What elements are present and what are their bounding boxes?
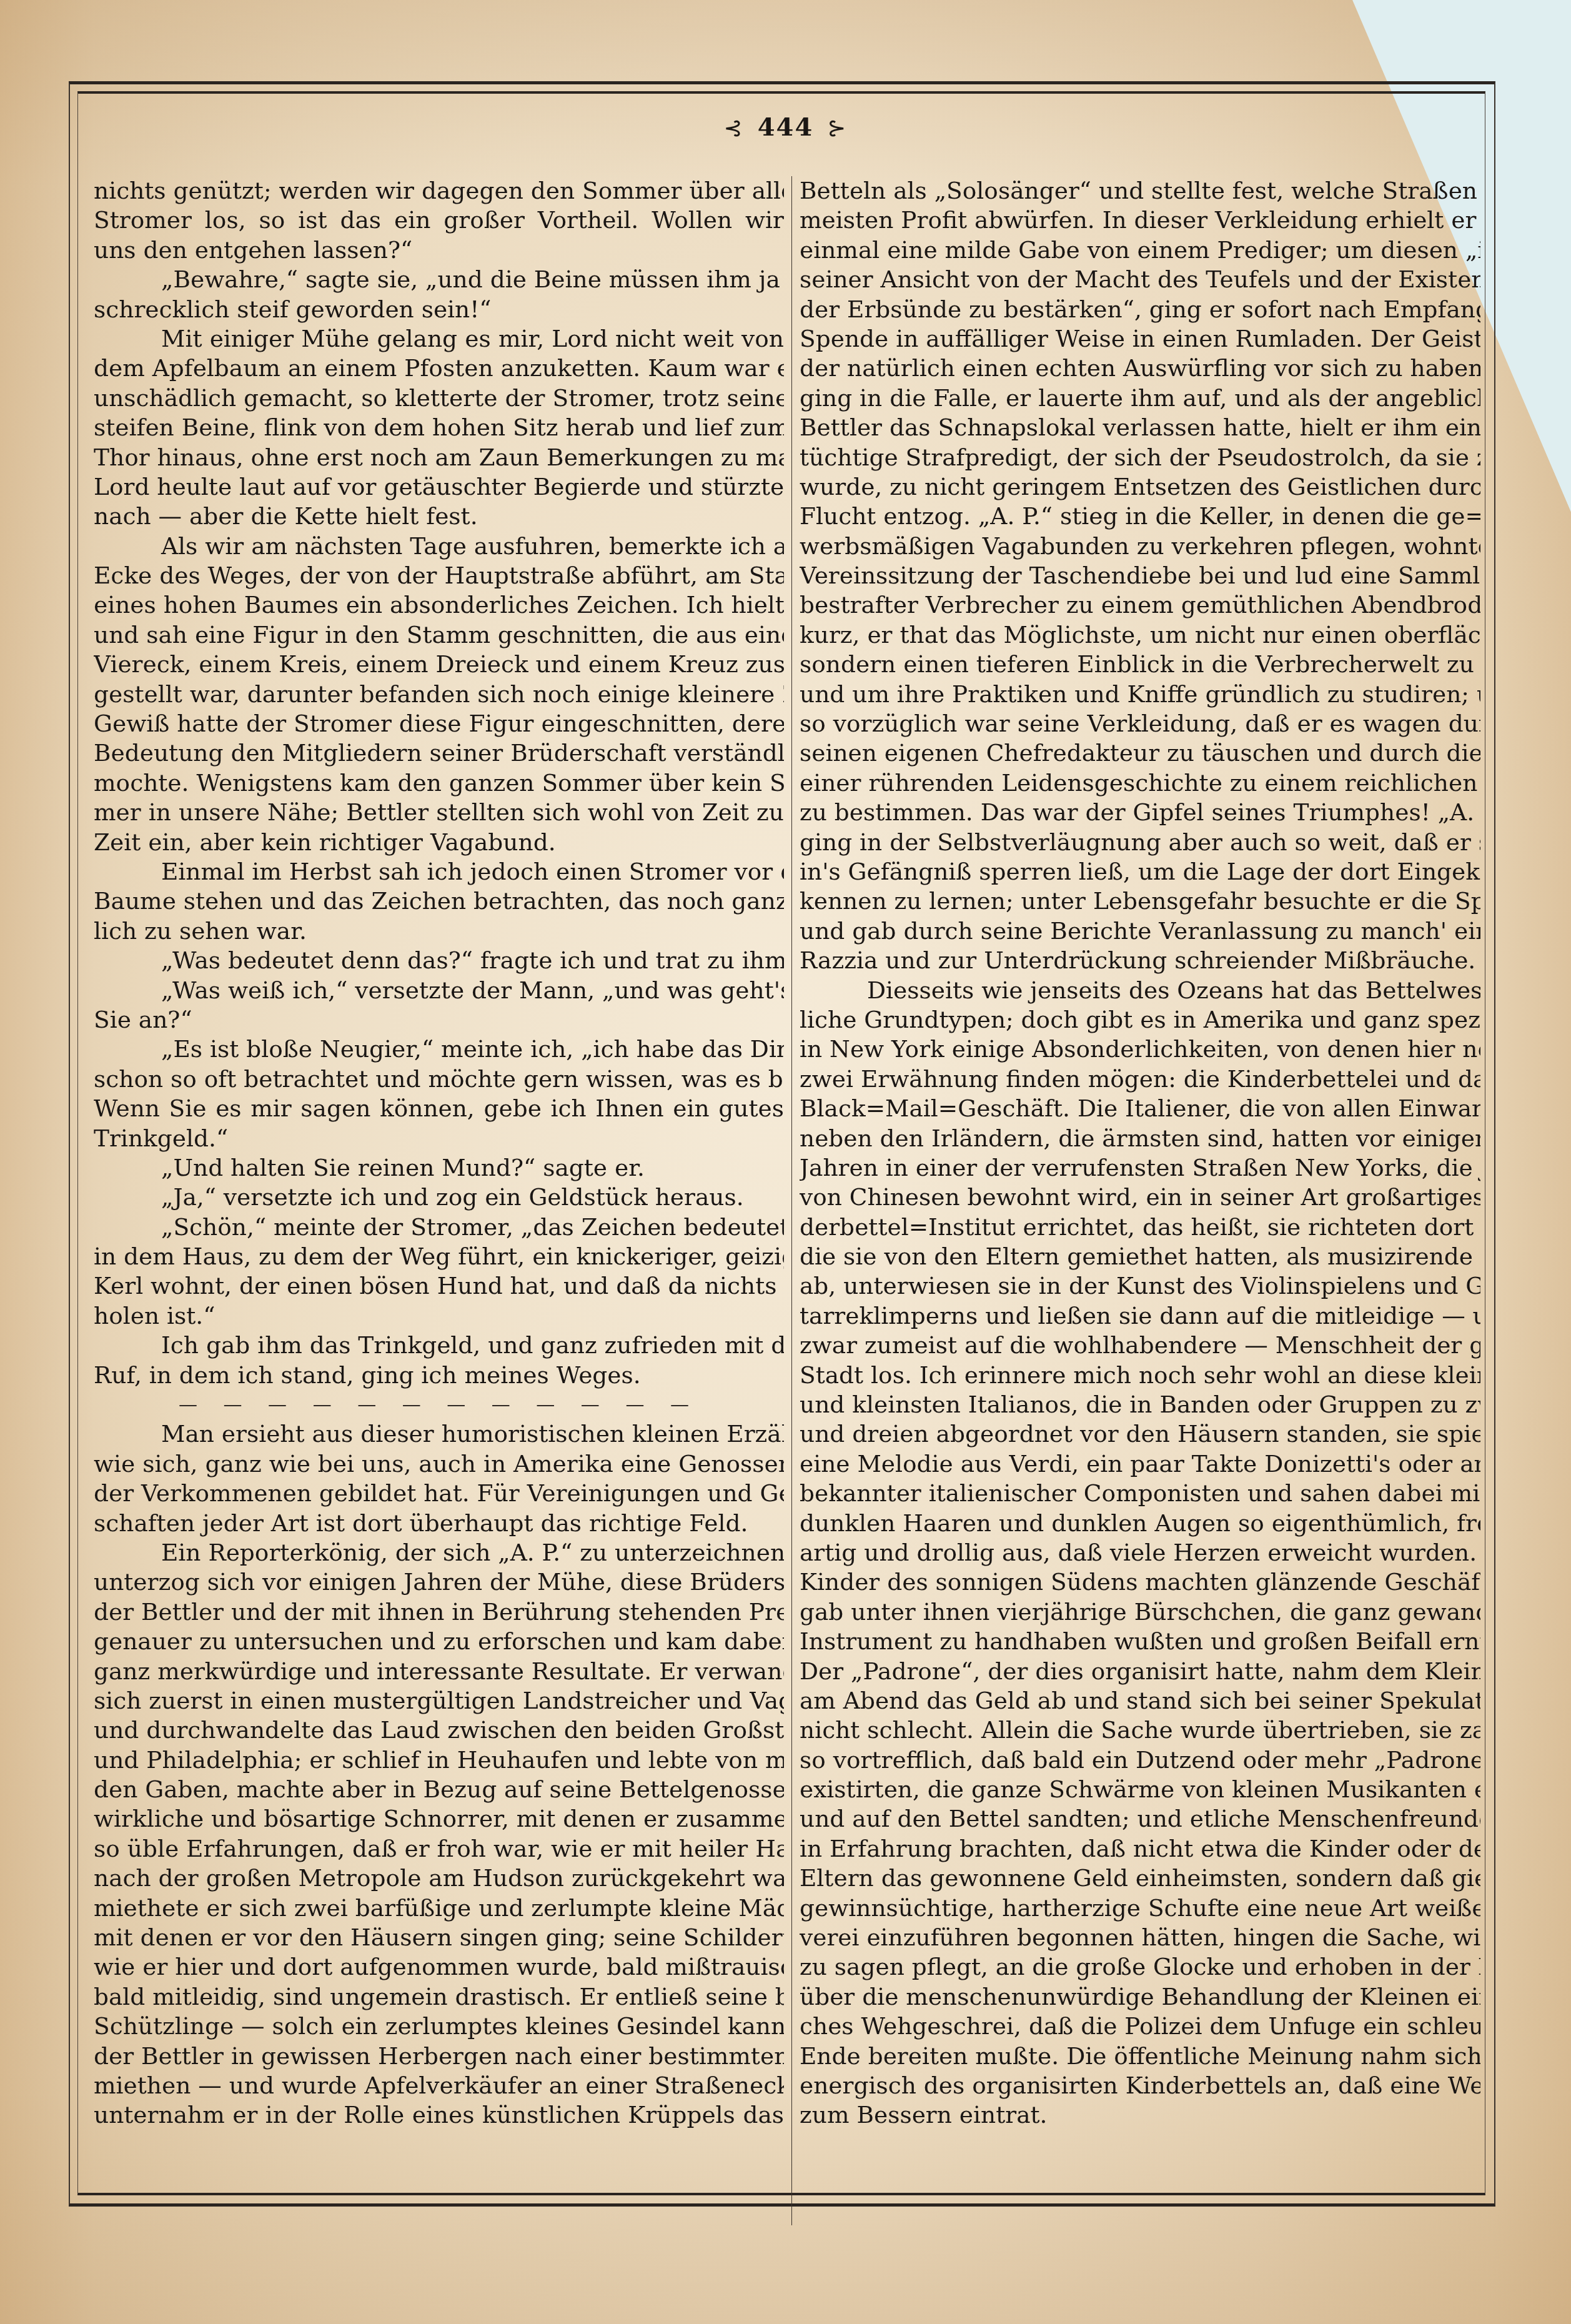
- text-line: steifen Beine, flink von dem hohen Sitz …: [94, 413, 784, 442]
- text-line: der Bettler in gewissen Herbergen nach e…: [94, 2042, 784, 2071]
- text-line: tüchtige Strafpredigt, der sich der Pseu…: [800, 443, 1480, 472]
- text-line: Eltern das gewonnene Geld einheimsten, s…: [800, 1864, 1480, 1893]
- text-line: Bedeutung den Mitgliedern seiner Brüders…: [94, 738, 784, 768]
- text-line: seinen eigenen Chefredakteur zu täuschen…: [800, 738, 1480, 768]
- text-line: unterzog sich vor einigen Jahren der Müh…: [94, 1567, 784, 1597]
- text-line: und dreien abgeordnet vor den Häusern st…: [800, 1419, 1480, 1449]
- text-line: und Philadelphia; er schlief in Heuhaufe…: [94, 1745, 784, 1775]
- text-line: Gewiß hatte der Stromer diese Figur eing…: [94, 709, 784, 738]
- text-line: kennen zu lernen; unter Lebensgefahr bes…: [800, 886, 1480, 916]
- text-line: dem Apfelbaum an einem Pfosten anzukette…: [94, 354, 784, 383]
- text-line: tarreklimperns und ließen sie dann auf d…: [800, 1301, 1480, 1331]
- text-line: am Abend das Geld ab und stand sich bei …: [800, 1686, 1480, 1716]
- text-line: Diesseits wie jenseits des Ozeans hat da…: [800, 976, 1480, 1005]
- page-number: 444: [758, 112, 814, 142]
- text-line: holen ist.“: [94, 1301, 784, 1331]
- text-line: nach der großen Metropole am Hudson zurü…: [94, 1864, 784, 1893]
- text-line: die sie von den Eltern gemiethet hatten,…: [800, 1242, 1480, 1271]
- text-line: bekannter italienischer Componisten und …: [800, 1479, 1480, 1508]
- text-line: ganz merkwürdige und interessante Result…: [94, 1657, 784, 1686]
- text-line: energisch des organisirten Kinderbettels…: [800, 2071, 1480, 2100]
- text-line: lich zu sehen war.: [94, 916, 784, 946]
- text-line: der Verkommenen gebildet hat. Für Verein…: [94, 1479, 784, 1508]
- text-line: „Was bedeutet denn das?“ fragte ich und …: [94, 946, 784, 975]
- text-line: Viereck, einem Kreis, einem Dreieck und …: [94, 650, 784, 679]
- text-line: verei einzuführen begonnen hätten, hinge…: [800, 1923, 1480, 1952]
- text-line: nach — aber die Kette hielt fest.: [94, 502, 784, 531]
- text-line: der Bettler und der mit ihnen in Berühru…: [94, 1597, 784, 1627]
- text-line: schaften jeder Art ist dort überhaupt da…: [94, 1509, 784, 1538]
- text-line: Instrument zu handhaben wußten und große…: [800, 1627, 1480, 1656]
- text-line: gab unter ihnen vierjährige Bürschchen, …: [800, 1597, 1480, 1627]
- text-line: Stadt los. Ich erinnere mich noch sehr w…: [800, 1361, 1480, 1390]
- text-line: ches Wehgeschrei, daß die Polizei dem Un…: [800, 2012, 1480, 2041]
- text-line: Man ersieht aus dieser humoristischen kl…: [94, 1419, 784, 1449]
- text-line: Razzia und zur Unterdrückung schreiender…: [800, 946, 1480, 975]
- text-line: Sie an?“: [94, 1005, 784, 1035]
- text-line: mit denen er vor den Häusern singen ging…: [94, 1923, 784, 1952]
- text-line: Kerl wohnt, der einen bösen Hund hat, un…: [94, 1271, 784, 1301]
- text-line: ab, unterwiesen sie in der Kunst des Vio…: [800, 1271, 1480, 1301]
- text-line: bald mitleidig, sind ungemein drastisch.…: [94, 1982, 784, 2012]
- text-line: und auf den Bettel sandten; und etliche …: [800, 1804, 1480, 1834]
- text-line: in New York einige Absonderlichkeiten, v…: [800, 1035, 1480, 1064]
- text-line: Flucht entzog. „A. P.“ stieg in die Kell…: [800, 502, 1480, 531]
- text-line: den Gaben, machte aber in Bezug auf sein…: [94, 1775, 784, 1804]
- text-line: Ende bereiten mußte. Die öffentliche Mei…: [800, 2042, 1480, 2071]
- text-line: miethete er sich zwei barfüßige und zerl…: [94, 1894, 784, 1923]
- text-line: artig und drollig aus, daß viele Herzen …: [800, 1538, 1480, 1567]
- text-line: so vorzüglich war seine Verkleidung, daß…: [800, 709, 1480, 738]
- text-line: einmal eine milde Gabe von einem Predige…: [800, 236, 1480, 265]
- text-line: zu sagen pflegt, an die große Glocke und…: [800, 1952, 1480, 1982]
- text-line: „Und halten Sie reinen Mund?“ sagte er.: [94, 1153, 784, 1183]
- text-line: werbsmäßigen Vagabunden zu verkehren pfl…: [800, 532, 1480, 561]
- text-line: sich zuerst in einen mustergültigen Land…: [94, 1686, 784, 1716]
- text-line: der Erbsünde zu bestärken“, ging er sofo…: [800, 295, 1480, 324]
- page-header: ⊰444⊱: [0, 112, 1571, 142]
- text-line: unternahm er in der Rolle eines künstlic…: [94, 2100, 784, 2130]
- text-line: gestellt war, darunter befanden sich noc…: [94, 680, 784, 709]
- text-line: „Ja,“ versetzte ich und zog ein Geldstüc…: [94, 1183, 784, 1212]
- column-divider: [791, 176, 792, 2225]
- text-line: Lord heulte laut auf vor getäuschter Beg…: [94, 472, 784, 502]
- text-line: Einmal im Herbst sah ich jedoch einen St…: [94, 857, 784, 886]
- text-line: Ruf, in dem ich stand, ging ich meines W…: [94, 1361, 784, 1390]
- text-line: Ein Reporterkönig, der sich „A. P.“ zu u…: [94, 1538, 784, 1567]
- text-line: eines hohen Baumes ein absonderliches Ze…: [94, 590, 784, 620]
- text-line: „Schön,“ meinte der Stromer, „das Zeiche…: [94, 1213, 784, 1242]
- text-line: Stromer los, so ist das ein großer Vorth…: [94, 206, 784, 235]
- left-column: nichts genützt; werden wir dagegen den S…: [94, 176, 784, 2130]
- text-line: wie sich, ganz wie bei uns, auch in Amer…: [94, 1449, 784, 1479]
- text-line: und sah eine Figur in den Stamm geschnit…: [94, 620, 784, 650]
- ornament-right-icon: ⊱: [827, 116, 847, 141]
- text-line: existirten, die ganze Schwärme von klein…: [800, 1775, 1480, 1804]
- text-line: Jahren in einer der verrufensten Straßen…: [800, 1153, 1480, 1183]
- text-line: und durchwandelte das Laud zwischen den …: [94, 1716, 784, 1745]
- text-line: „Bewahre,“ sagte sie, „und die Beine müs…: [94, 265, 784, 294]
- text-line: und gab durch seine Berichte Veranlassun…: [800, 916, 1480, 946]
- text-line: zu bestimmen. Das war der Gipfel seines …: [800, 798, 1480, 827]
- text-line: bestrafter Verbrecher zu einem gemüthlic…: [800, 590, 1480, 620]
- text-line: Bettler das Schnapslokal verlassen hatte…: [800, 413, 1480, 442]
- text-line: zwei Erwähnung finden mögen: die Kinderb…: [800, 1065, 1480, 1094]
- text-line: Thor hinaus, ohne erst noch am Zaun Beme…: [94, 443, 784, 472]
- text-line: „Es ist bloße Neugier,“ meinte ich, „ich…: [94, 1035, 784, 1064]
- text-line: kurz, er that das Möglichste, um nicht n…: [800, 620, 1480, 650]
- text-line: sondern einen tieferen Einblick in die V…: [800, 650, 1480, 679]
- text-line: genauer zu untersuchen und zu erforschen…: [94, 1627, 784, 1656]
- text-line: Als wir am nächsten Tage ausfuhren, beme…: [94, 532, 784, 561]
- text-line: eine Melodie aus Verdi, ein paar Takte D…: [800, 1449, 1480, 1479]
- text-line: in dem Haus, zu dem der Weg führt, ein k…: [94, 1242, 784, 1271]
- text-line: nichts genützt; werden wir dagegen den S…: [94, 176, 784, 206]
- text-line: der natürlich einen echten Auswürfling v…: [800, 354, 1480, 383]
- text-line: unschädlich gemacht, so kletterte der St…: [94, 384, 784, 413]
- text-line: Betteln als „Solosänger“ und stellte fes…: [800, 176, 1480, 206]
- text-line: Black=Mail=Geschäft. Die Italiener, die …: [800, 1094, 1480, 1123]
- text-line: von Chinesen bewohnt wird, ein in seiner…: [800, 1183, 1480, 1212]
- text-line: wie er hier und dort aufgenommen wurde, …: [94, 1952, 784, 1982]
- text-line: über die menschenunwürdige Behandlung de…: [800, 1982, 1480, 2012]
- text-line: liche Grundtypen; doch gibt es in Amerik…: [800, 1005, 1480, 1035]
- text-line: schrecklich steif geworden sein!“: [94, 295, 784, 324]
- text-line: Baume stehen und das Zeichen betrachten,…: [94, 886, 784, 916]
- text-line: mer in unsere Nähe; Bettler stellten sic…: [94, 798, 784, 827]
- text-line: ging in die Falle, er lauerte ihm auf, u…: [800, 384, 1480, 413]
- text-line: in's Gefängniß sperren ließ, um die Lage…: [800, 857, 1480, 886]
- text-line: so üble Erfahrungen, daß er froh war, wi…: [94, 1834, 784, 1864]
- text-line: Wenn Sie es mir sagen können, gebe ich I…: [94, 1094, 784, 1123]
- text-line: gewinnsüchtige, hartherzige Schufte eine…: [800, 1894, 1480, 1923]
- right-column: Betteln als „Solosänger“ und stellte fes…: [800, 176, 1480, 2130]
- text-line: einer rührenden Leidensgeschichte zu ein…: [800, 768, 1480, 798]
- text-line: so vortrefflich, daß bald ein Dutzend od…: [800, 1745, 1480, 1775]
- text-line: Spende in auffälliger Weise in einen Rum…: [800, 324, 1480, 354]
- text-line: uns den entgehen lassen?“: [94, 236, 784, 265]
- text-line: Ich gab ihm das Trinkgeld, und ganz zufr…: [94, 1331, 784, 1360]
- text-line: schon so oft betrachtet und möchte gern …: [94, 1065, 784, 1094]
- text-line: und kleinsten Italianos, die in Banden o…: [800, 1390, 1480, 1419]
- text-line: derbettel=Institut errichtet, das heißt,…: [800, 1213, 1480, 1242]
- ornament-left-icon: ⊰: [724, 116, 744, 141]
- text-line: Trinkgeld.“: [94, 1124, 784, 1153]
- text-line: wurde, zu nicht geringem Entsetzen des G…: [800, 472, 1480, 502]
- text-line: Mit einiger Mühe gelang es mir, Lord nic…: [94, 324, 784, 354]
- text-line: Kinder des sonnigen Südens machten glänz…: [800, 1567, 1480, 1597]
- text-line: Zeit ein, aber kein richtiger Vagabund.: [94, 828, 784, 857]
- text-line: Ecke des Weges, der von der Hauptstraße …: [94, 561, 784, 590]
- text-line: Vereinssitzung der Taschendiebe bei und …: [800, 561, 1480, 590]
- text-line: zum Bessern eintrat.: [800, 2100, 1480, 2130]
- section-separator: — — — — — — — — — — — —: [94, 1390, 784, 1419]
- text-line: Schützlinge — solch ein zerlumptes klein…: [94, 2012, 784, 2041]
- text-line: „Was weiß ich,“ versetzte der Mann, „und…: [94, 976, 784, 1005]
- text-line: seiner Ansicht von der Macht des Teufels…: [800, 265, 1480, 294]
- text-line: neben den Irländern, die ärmsten sind, h…: [800, 1124, 1480, 1153]
- text-line: ging in der Selbstverläugnung aber auch …: [800, 828, 1480, 857]
- text-line: und um ihre Praktiken und Kniffe gründli…: [800, 680, 1480, 709]
- text-line: in Erfahrung brachten, daß nicht etwa di…: [800, 1834, 1480, 1864]
- text-line: miethen — und wurde Apfelverkäufer an ei…: [94, 2071, 784, 2100]
- text-line: wirkliche und bösartige Schnorrer, mit d…: [94, 1804, 784, 1834]
- text-line: Der „Padrone“, der dies organisirt hatte…: [800, 1657, 1480, 1686]
- text-line: zwar zumeist auf die wohlhabendere — Men…: [800, 1331, 1480, 1360]
- text-line: mochte. Wenigstens kam den ganzen Sommer…: [94, 768, 784, 798]
- text-line: nicht schlecht. Allein die Sache wurde ü…: [800, 1716, 1480, 1745]
- text-line: meisten Profit abwürfen. In dieser Verkl…: [800, 206, 1480, 235]
- text-line: dunklen Haaren und dunklen Augen so eige…: [800, 1509, 1480, 1538]
